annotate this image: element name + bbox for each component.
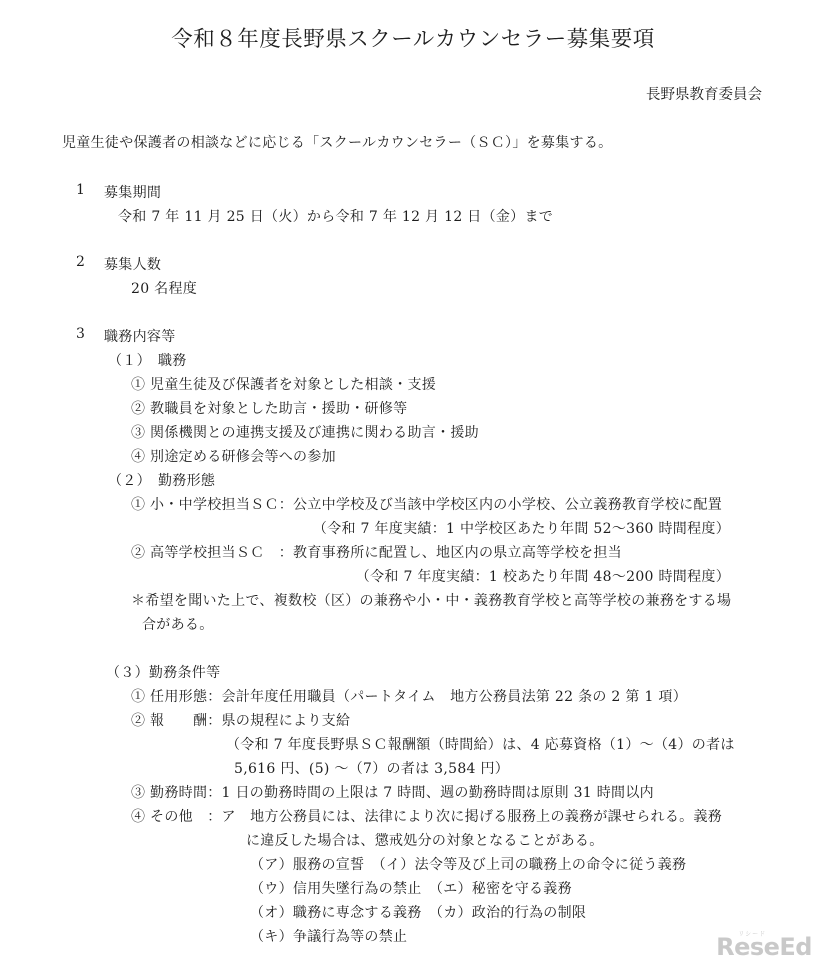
condition-item: ④ その他 ：ア 地方公務員には、法律により次に掲げる服務上の義務が課せられる。… (131, 806, 722, 826)
watermark-subtext: リシード (738, 929, 766, 938)
work-form-item: ① 小・中学校担当ＳＣ：公立中学校及び当該中学校区内の小学校、公立義務教育学校に… (131, 494, 722, 514)
section-1-heading: 募集期間 (104, 182, 161, 202)
document-title: 令和８年度長野県スクールカウンセラー募集要項 (0, 22, 826, 53)
duty-item: ① 児童生徒及び保護者を対象とした相談・支援 (131, 374, 436, 394)
issuing-organization: 長野県教育委員会 (646, 83, 762, 104)
subsection-2-heading: 勤務形態 (158, 470, 215, 490)
section-1-number: 1 (76, 182, 85, 198)
duty-obligation: （キ）争議行為等の禁止 (250, 926, 407, 946)
section-1-body: 令和 7 年 11 月 25 日（火）から令和 7 年 12 月 12 日（金）… (118, 206, 553, 226)
work-form-note: （令和 7 年度実績：1 中学校区あたり年間 52～360 時間程度） (313, 518, 730, 538)
reseed-watermark-logo: リシード ReseEd (716, 933, 812, 961)
work-form-note: （令和 7 年度実績：1 校あたり年間 48～200 時間程度） (356, 566, 730, 586)
subsection-1-heading: 職務 (158, 350, 187, 370)
condition-item: ① 任用形態：会計年度任用職員（パートタイム 地方公務員法第 22 条の 2 第… (131, 686, 687, 706)
intro-text: 児童生徒や保護者の相談などに応じる「スクールカウンセラー（ＳＣ）」を募集する。 (62, 132, 612, 152)
condition-item-cont: に違反した場合は、懲戒処分の対象となることがある。 (246, 830, 604, 850)
subsection-1-label: （１） (108, 350, 151, 370)
duty-obligation: （ウ）信用失墜行為の禁止 （エ）秘密を守る義務 (250, 878, 572, 898)
section-2-body: 20 名程度 (131, 278, 197, 298)
concurrent-note: ＊希望を聞いた上で、複数校（区）の兼務や小・中・義務教育学校と高等学校の兼務をす… (131, 590, 731, 610)
duty-obligation: （ア）服務の宣誓 （イ）法令等及び上司の職務上の命令に従う義務 (250, 854, 686, 874)
duty-item: ④ 別途定める研修会等への参加 (131, 446, 336, 466)
subsection-3-heading: （３）勤務条件等 (106, 662, 220, 682)
work-form-item: ② 高等学校担当ＳＣ ：教育事務所に配置し、地区内の県立高等学校を担当 (131, 542, 622, 562)
condition-item: ② 報 酬：県の規程により支給 (131, 710, 350, 730)
salary-note: （令和 7 年度長野県ＳＣ報酬額（時間給）は、4 応募資格（1）～（4）の者は (226, 734, 735, 754)
duty-obligation: （オ）職務に専念する義務 （カ）政治的行為の制限 (250, 902, 586, 922)
concurrent-note-cont: 合がある。 (142, 614, 214, 634)
duty-item: ② 教職員を対象とした助言・援助・研修等 (131, 398, 407, 418)
section-3-heading: 職務内容等 (104, 326, 176, 346)
section-3-number: 3 (76, 326, 85, 342)
salary-note-cont: 5,616 円、(5) ～（7）の者は 3,584 円） (234, 758, 509, 778)
section-2-heading: 募集人数 (104, 254, 161, 274)
subsection-2-label: （２） (108, 470, 151, 490)
condition-item: ③ 勤務時間：1 日の勤務時間の上限は 7 時間、週の勤務時間は原則 31 時間… (131, 782, 654, 802)
duty-item: ③ 関係機関との連携支援及び連携に関わる助言・援助 (131, 422, 479, 442)
section-2-number: 2 (76, 254, 85, 270)
